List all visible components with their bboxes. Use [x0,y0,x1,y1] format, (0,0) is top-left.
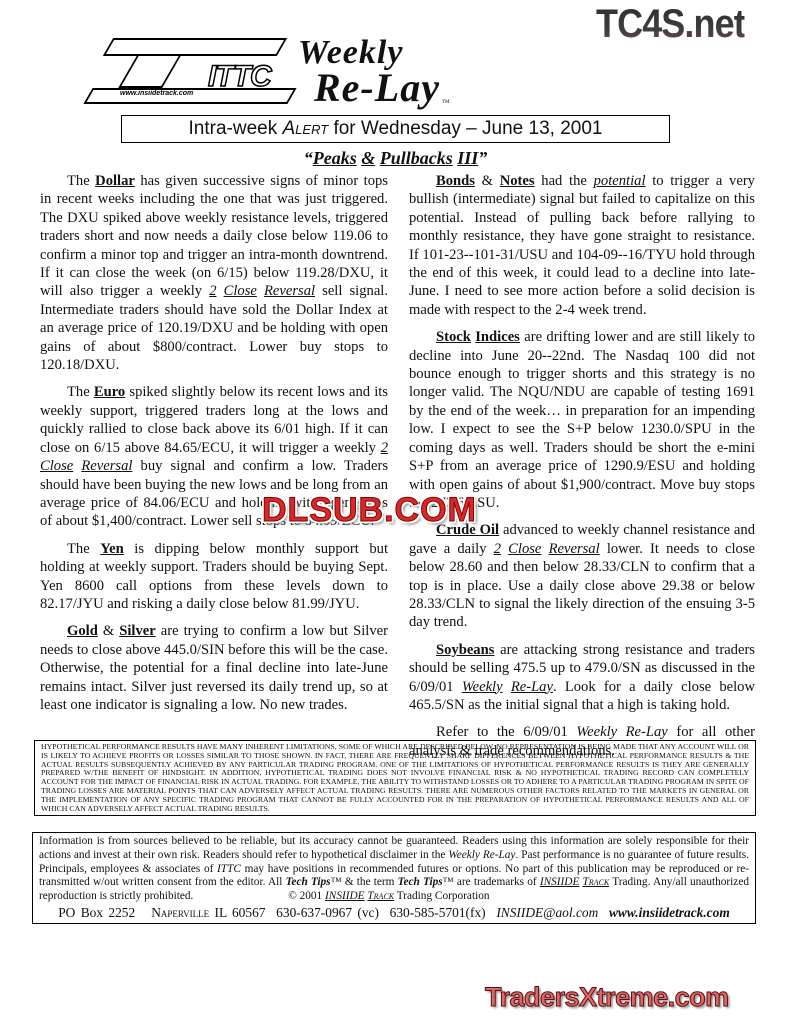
keyword-yen: Yen [100,541,124,557]
logo-ittc-text: ITTC [208,60,271,94]
stocks-paragraph: Stock Indices are drifting lower and are… [409,328,755,512]
keyword-dollar: Dollar [95,173,135,189]
city-address: Naperville IL 60567 [151,905,265,920]
email-link[interactable]: INSIIDE@aol.com [496,905,598,920]
keyword-notes: Notes [500,173,535,189]
fax-number: 630-585-5701(fx) [390,905,486,920]
soybeans-paragraph: Soybeans are attacking strong resistance… [409,641,755,715]
title-suffix: for Wednesday – June 13, 2001 [328,118,602,139]
metals-paragraph: Gold & Silver are trying to confirm a lo… [40,622,388,714]
contact-line: PO Box 2252 Naperville IL 60567 630-637-… [39,906,749,920]
yen-paragraph: The Yen is dipping below monthly support… [40,540,388,614]
keyword-silver: Silver [119,623,155,639]
hypothetical-disclaimer: HYPOTHETICAL PERFORMANCE RESULTS HAVE MA… [34,740,756,816]
open-quote: “ [304,148,313,168]
masthead-logo: ITTC www.insiidetrack.com Weekly Re-Lay … [88,36,458,106]
crude-paragraph: Crude Oil advanced to weekly channel res… [409,521,755,631]
subtitle-amp: & [361,148,375,168]
subtitle-word-pullbacks: Pullbacks [380,148,453,168]
alert-title-box: Intra-week Alert for Wednesday – June 13… [121,115,670,143]
subtitle-word-peaks: Peaks [313,148,357,168]
keyword-stock: Stock [436,329,471,345]
title-alert: Alert [283,118,329,139]
dollar-paragraph: The Dollar has given successive signs of… [40,172,388,374]
website-link[interactable]: www.insiidetrack.com [609,905,730,920]
phone-number: 630-637-0967 (vc) [276,905,379,920]
po-box: PO Box 2252 [58,905,135,920]
trademark-mark: TM [442,100,450,105]
logo-stripe-top [103,38,287,56]
left-column: The Dollar has given successive signs of… [40,172,388,723]
keyword-bonds: Bonds [436,173,475,189]
close-quote: ” [478,148,487,168]
tradersxtreme-watermark: TradersXtreme.com [485,982,729,1013]
dlsub-watermark: DLSUB.COM [262,491,477,530]
bonds-paragraph: Bonds & Notes had the potential to trigg… [409,172,755,319]
keyword-gold: Gold [67,623,98,639]
legal-text: Information is from sources believed to … [39,835,749,904]
tc4s-watermark: TC4S.net [596,2,745,47]
legal-info-box: Information is from sources believed to … [32,832,756,924]
keyword-soybeans: Soybeans [436,642,494,658]
issue-subtitle: “Peaks & Pullbacks III” [0,148,791,169]
publication-name-line2: Re-Lay [314,68,440,108]
logo-block [118,54,182,88]
logo-url: www.insiidetrack.com [120,90,193,97]
title-prefix: Intra-week [189,118,283,139]
right-column: Bonds & Notes had the potential to trigg… [409,172,755,769]
subtitle-word-iii: III [457,148,478,168]
keyword-euro: Euro [94,384,125,400]
keyword-indices: Indices [475,329,520,345]
